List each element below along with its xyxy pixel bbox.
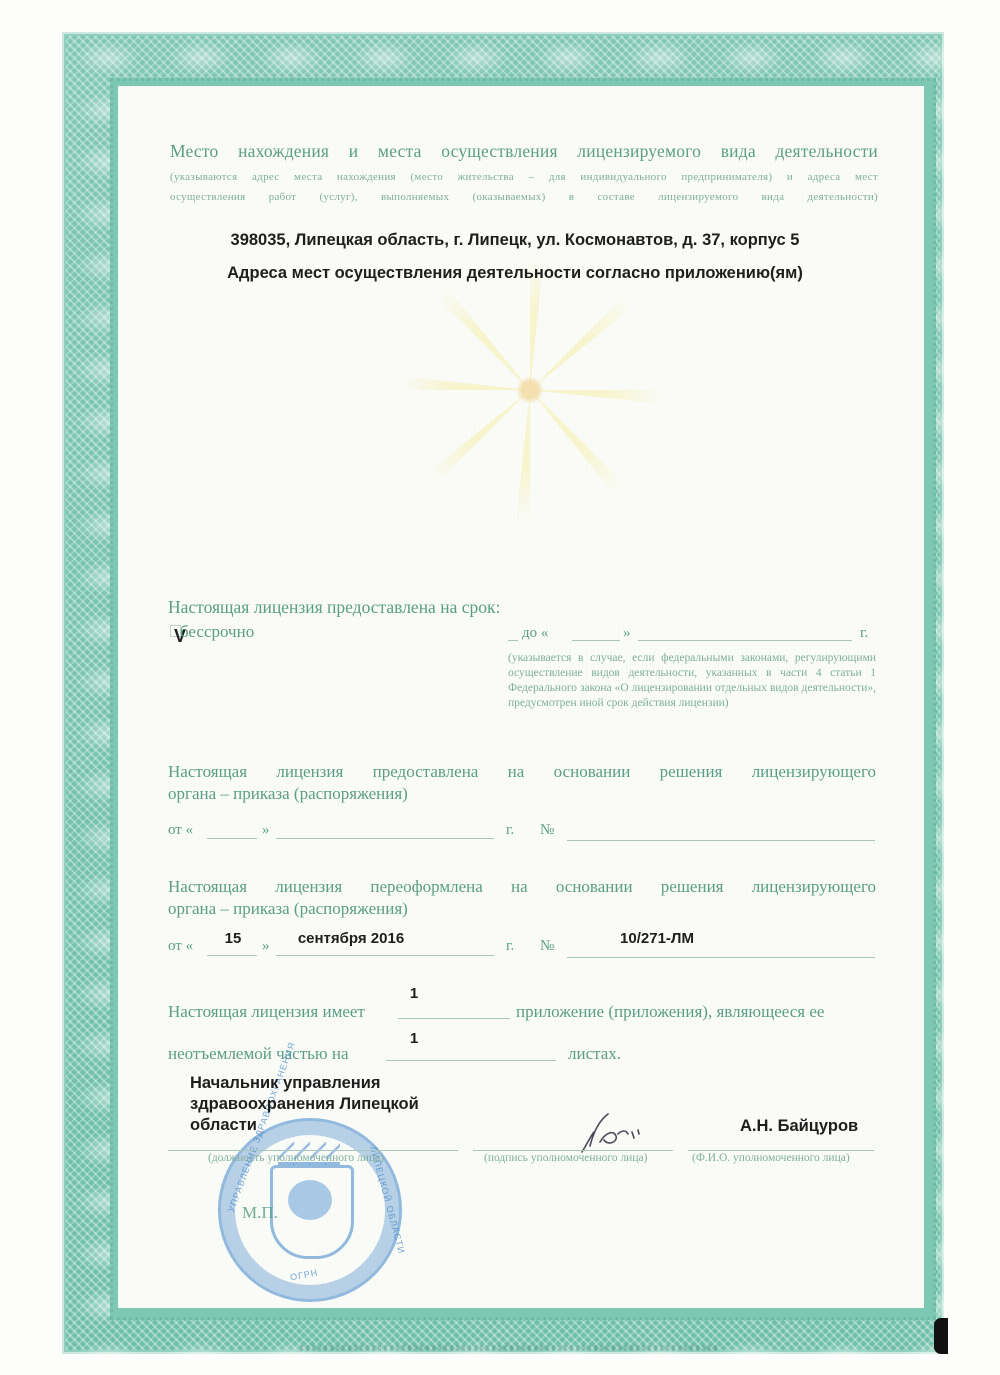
appendix-line1-prefix: Настоящая лицензия имеет — [168, 1002, 365, 1022]
signatory-position-line2: здравоохранения Липецкой — [190, 1094, 419, 1115]
signatory-position-line1: Начальник управления — [190, 1073, 419, 1094]
reissue-number: 10/271-ЛМ — [567, 930, 747, 947]
licensee-address: 398035, Липецкая область, г. Липецк, ул.… — [190, 231, 840, 250]
seal-label: М.П. — [242, 1203, 278, 1223]
appendix-line1-suffix: приложение (приложения), являющееся ее — [516, 1002, 824, 1022]
signature-line — [473, 1150, 673, 1151]
grant-number-label: № — [540, 822, 554, 839]
reissue-day-field — [207, 955, 257, 956]
reissue-number-label: № — [540, 938, 554, 955]
starburst-watermark — [400, 260, 660, 520]
appendix-line2-prefix: неотъемлемой частью на — [168, 1044, 349, 1064]
position-caption: (должность уполномоченного лица) — [208, 1152, 384, 1164]
reissue-year-suffix: г. — [506, 938, 514, 955]
reissue-from-label: от « — [168, 938, 193, 955]
unlimited-term-label: бессрочно — [180, 622, 254, 642]
until-note: (указывается в случае, если федеральными… — [508, 651, 876, 711]
signatory-position-line3: области — [190, 1115, 419, 1136]
reissue-month-year-field — [276, 955, 494, 956]
reissue-month-year: сентября 2016 — [276, 930, 426, 947]
section-heading: Место нахождения и места осуществления л… — [170, 141, 878, 162]
section-note-line1: (указываются адрес места нахождения (мес… — [170, 171, 878, 183]
reissue-day: 15 — [208, 930, 258, 947]
reissue-number-field — [567, 957, 875, 958]
until-label: до « — [522, 625, 548, 642]
address-note: Адреса мест осуществления деятельности с… — [190, 264, 840, 283]
tree-icon — [288, 1180, 332, 1220]
signature-caption: (подпись уполномоченного лица) — [484, 1152, 647, 1164]
reissue-basis-line2: органа – приказа (распоряжения) — [168, 898, 876, 920]
reissue-quote-close: » — [262, 938, 270, 955]
signatory-position: Начальник управления здравоохранения Лип… — [190, 1073, 419, 1136]
appendix-line2-suffix: листах. — [568, 1044, 621, 1064]
name-caption: (Ф.И.О. уполномоченного лица) — [692, 1152, 850, 1164]
grant-day-field — [207, 838, 257, 839]
grant-month-year-field — [276, 838, 494, 839]
section-note-line2: осуществления работ (услуг), выполняемых… — [170, 191, 878, 203]
signatory-name: А.Н. Байцуров — [740, 1117, 858, 1136]
grant-quote-close: » — [262, 822, 270, 839]
appendix-count-field — [398, 1018, 510, 1019]
until-day-field — [572, 640, 620, 641]
until-quote-close: » — [623, 625, 631, 642]
sheet-count-field — [386, 1060, 556, 1061]
footer-microprint — [300, 1345, 720, 1351]
grant-basis-line2: органа – приказа (распоряжения) — [168, 783, 876, 805]
term-heading: Настоящая лицензия предоставлена на срок… — [168, 596, 876, 618]
grant-number-field — [567, 840, 875, 841]
grant-from-label: от « — [168, 822, 193, 839]
position-line — [168, 1150, 458, 1151]
until-year-suffix: г. — [860, 625, 868, 642]
sheet-count: 1 — [398, 1030, 430, 1047]
name-line — [688, 1150, 874, 1151]
reissue-basis-line1: Настоящая лицензия переоформлена на осно… — [168, 876, 876, 898]
grant-year-suffix: г. — [506, 822, 514, 839]
scan-edge-mark — [934, 1318, 948, 1354]
grant-basis-line1: Настоящая лицензия предоставлена на осно… — [168, 761, 876, 783]
appendix-count: 1 — [398, 985, 430, 1002]
until-line-pre — [508, 640, 518, 641]
until-date-field — [638, 640, 852, 641]
